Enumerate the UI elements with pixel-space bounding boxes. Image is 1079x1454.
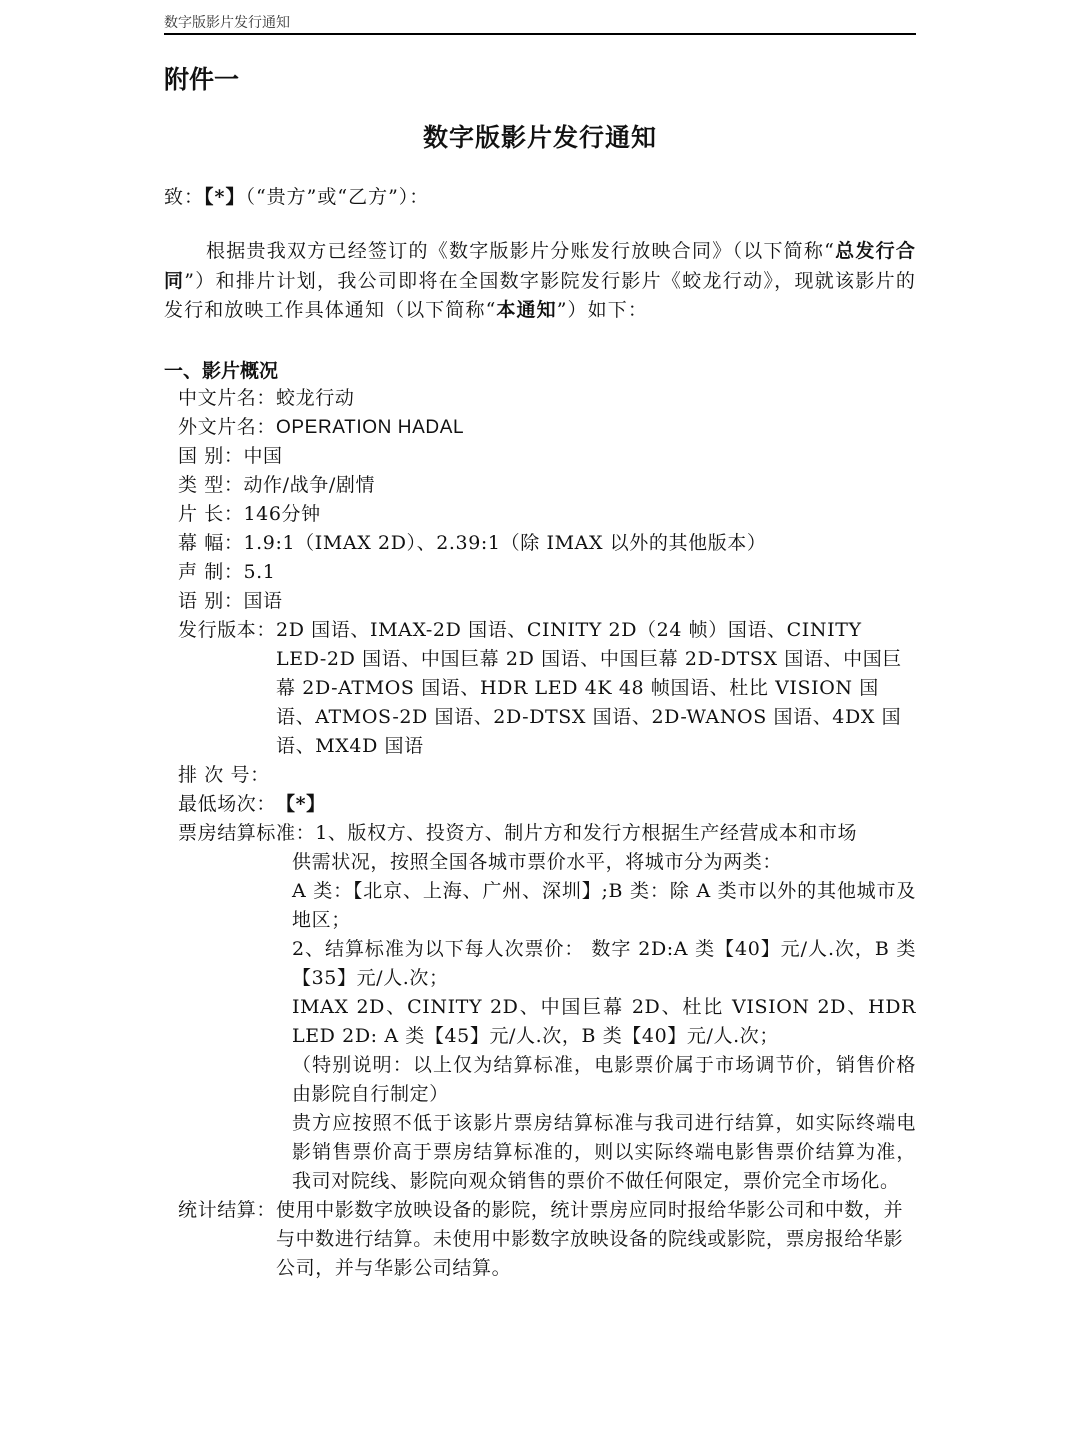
field-value: 1.9:1（IMAX 2D）、2.39:1（除 IMAX 以外的其他版本） (243, 529, 916, 558)
attachment-label: 附件一 (164, 60, 239, 96)
field-statistics-settlement: 统计结算：使用中影数字放映设备的影院，统计票房应同时报给华影公司和中数，并与中数… (178, 1196, 916, 1283)
field-label: 幕 幅： (178, 529, 243, 558)
running-header: 数字版影片发行通知 (164, 12, 290, 32)
settlement-line: A 类：【北京、上海、广州、深圳】;B 类：除 A 类市以外的其他城市及地区； (178, 877, 916, 935)
field-value: 国语 (243, 587, 916, 616)
settlement-note: （特别说明：以上仅为结算标准，电影票价属于市场调节价，销售价格由影院自行制定） (178, 1051, 916, 1109)
settlement-line: 供需状况，按照全国各城市票价水平，将城市分为两类： (178, 848, 916, 877)
intro-defined-term: 本通知 (496, 299, 556, 321)
field-aspect-ratio: 幕 幅：1.9:1（IMAX 2D）、2.39:1（除 IMAX 以外的其他版本… (178, 529, 916, 558)
field-label: 发行版本： (178, 616, 276, 761)
salutation-suffix: （“贵方”或“乙方”）： (245, 186, 429, 208)
settlement-line: IMAX 2D、CINITY 2D、中国巨幕 2D、杜比 VISION 2D、H… (178, 993, 916, 1051)
salutation: 致：【*】（“贵方”或“乙方”）： (164, 182, 429, 209)
settlement-line: 2、结算标准为以下每人次票价： 数字 2D:A 类【40】元/人.次，B 类【3… (178, 935, 916, 993)
field-settlement-standard: 票房结算标准：1、版权方、投资方、制片方和发行方根据生产经营成本和市场 (178, 819, 916, 848)
header-divider (164, 33, 916, 35)
field-foreign-title: 外文片名：OPERATION HADAL (178, 413, 916, 442)
film-info: 中文片名：蛟龙行动 外文片名：OPERATION HADAL 国 别：中国 类 … (178, 384, 916, 1283)
field-value: 蛟龙行动 (276, 384, 916, 413)
document-title: 数字版影片发行通知 (164, 118, 916, 154)
field-value (270, 761, 916, 790)
field-label: 统计结算： (178, 1196, 276, 1283)
field-minimum-screenings: 最低场次：【*】 (178, 790, 916, 819)
field-label: 片 长： (178, 500, 243, 529)
field-label: 国 别： (178, 442, 243, 471)
field-value: OPERATION HADAL (276, 413, 916, 442)
field-label: 语 别： (178, 587, 243, 616)
field-value: 【*】 (276, 790, 916, 819)
settlement-line: 贵方应按照不低于该影片票房结算标准与我司进行结算，如实际终端电影销售票价高于票房… (178, 1109, 916, 1196)
salutation-prefix: 致： (164, 186, 204, 208)
field-runtime: 片 长：146分钟 (178, 500, 916, 529)
field-value: 中国 (243, 442, 916, 471)
intro-text: ”）如下： (557, 299, 648, 321)
field-label: 声 制： (178, 558, 243, 587)
settlement-line: 1、版权方、投资方、制片方和发行方根据生产经营成本和市场 (315, 819, 916, 848)
recipient-placeholder: 【*】 (204, 186, 245, 208)
field-genre: 类 型：动作/战争/剧情 (178, 471, 916, 500)
field-schedule-number: 排 次 号： (178, 761, 916, 790)
field-language: 语 别：国语 (178, 587, 916, 616)
field-country: 国 别：中国 (178, 442, 916, 471)
field-chinese-title: 中文片名：蛟龙行动 (178, 384, 916, 413)
field-label: 类 型： (178, 471, 243, 500)
field-sound: 声 制：5.1 (178, 558, 916, 587)
field-label: 排 次 号： (178, 761, 270, 790)
field-value: 146分钟 (243, 500, 916, 529)
field-release-versions: 发行版本：2D 国语、IMAX-2D 国语、CINITY 2D（24 帧）国语、… (178, 616, 916, 761)
field-value: 使用中影数字放映设备的影院，统计票房应同时报给华影公司和中数，并与中数进行结算。… (276, 1196, 916, 1283)
field-value: 动作/战争/剧情 (243, 471, 916, 500)
field-label: 票房结算标准： (178, 819, 315, 848)
field-label: 中文片名： (178, 384, 276, 413)
field-label: 外文片名： (178, 413, 276, 442)
field-value: 2D 国语、IMAX-2D 国语、CINITY 2D（24 帧）国语、CINIT… (276, 616, 916, 761)
field-value: 5.1 (243, 558, 916, 587)
intro-paragraph: 根据贵我双方已经签订的《数字版影片分账发行放映合同》（以下简称“总发行合同”）和… (164, 237, 916, 326)
field-label: 最低场次： (178, 790, 276, 819)
section-heading: 一、影片概况 (164, 356, 278, 383)
intro-text: 根据贵我双方已经签订的《数字版影片分账发行放映合同》（以下简称“ (206, 240, 835, 262)
